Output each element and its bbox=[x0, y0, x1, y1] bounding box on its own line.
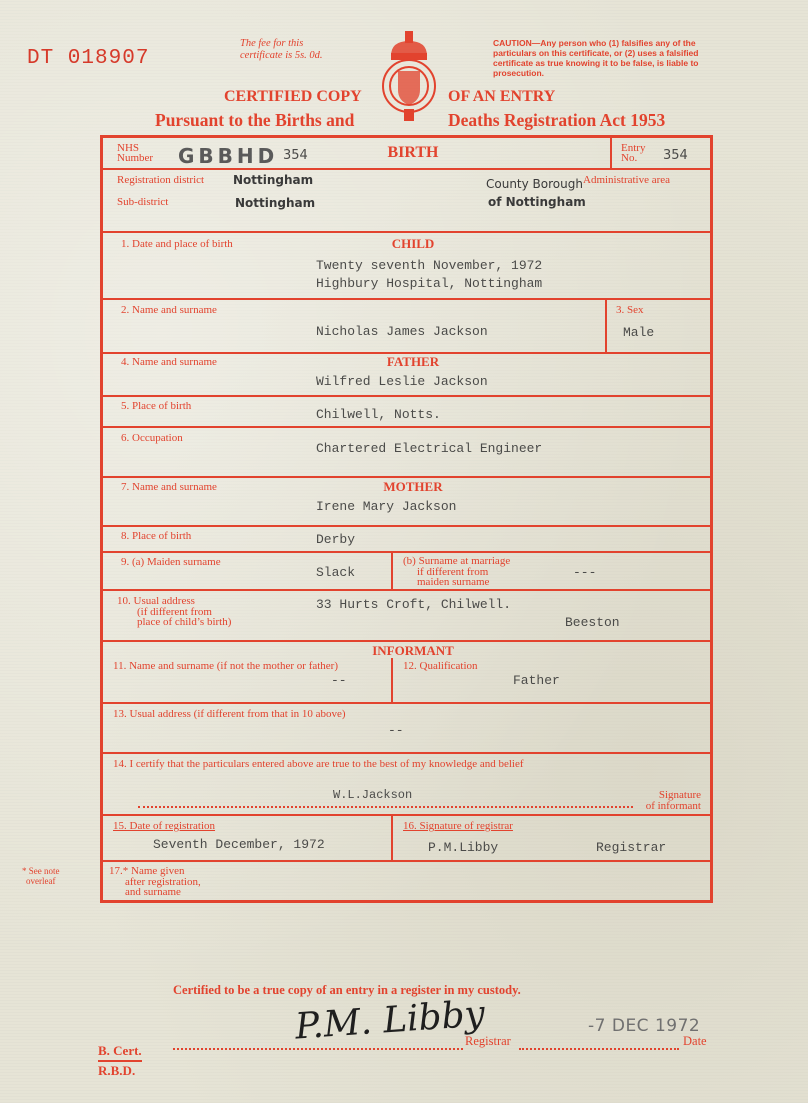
fee-line-2: certificate is 5s. 0d. bbox=[240, 50, 323, 62]
caution-notice: CAUTION—Any person who (1) falsifies any… bbox=[493, 38, 708, 78]
title-act: Deaths Registration Act 1953 bbox=[448, 110, 665, 131]
field-12-value: Father bbox=[513, 672, 560, 690]
sub-district-value: Nottingham bbox=[235, 196, 315, 210]
title-certified-copy: CERTIFIED COPY bbox=[224, 88, 362, 106]
nhs-number-stamp: GBBHD bbox=[178, 144, 278, 168]
field-5-value: Chilwell, Notts. bbox=[316, 406, 441, 424]
registrar-label: Registrar bbox=[465, 1034, 511, 1049]
field-9b-value: --- bbox=[573, 564, 596, 582]
field-8-value: Derby bbox=[316, 531, 355, 549]
royal-coat-of-arms-icon bbox=[378, 30, 440, 122]
field-6-value: Chartered Electrical Engineer bbox=[316, 440, 542, 458]
field-1-label: 1. Date and place of birth bbox=[121, 238, 233, 250]
field-5-label: 5. Place of birth bbox=[121, 400, 191, 412]
field-17-label: 17.* Name given after registration, and … bbox=[109, 866, 201, 898]
field-7-label: 7. Name and surname bbox=[121, 481, 217, 493]
nhs-number-label: NHS Number bbox=[117, 143, 153, 163]
field-13-label: 13. Usual address (if different from tha… bbox=[113, 708, 346, 720]
field-14-label: 14. I certify that the particulars enter… bbox=[113, 758, 524, 770]
field-2-value: Nicholas James Jackson bbox=[316, 323, 488, 341]
administrative-area-line-2: of Nottingham bbox=[488, 195, 586, 209]
section-birth: BIRTH bbox=[363, 144, 463, 162]
administrative-area-label: Administrative area bbox=[583, 174, 670, 186]
field-4-value: Wilfred Leslie Jackson bbox=[316, 373, 488, 391]
field-10-label: 10. Usual address (if different from pla… bbox=[117, 596, 231, 628]
date-label: Date bbox=[683, 1034, 707, 1049]
field-13-value: -- bbox=[388, 722, 404, 740]
form-code: B. Cert. R.B.D. bbox=[98, 1042, 142, 1080]
field-8-label: 8. Place of birth bbox=[121, 530, 191, 542]
sub-district-label: Sub-district bbox=[117, 196, 168, 208]
field-15-label: 15. Date of registration bbox=[113, 820, 215, 832]
field-3-label: 3. Sex bbox=[616, 304, 644, 316]
field-9b-label: (b) Surname at marriage if different fro… bbox=[403, 556, 510, 588]
field-10-value-line-2: Beeston bbox=[565, 614, 620, 632]
field-1-date-value: Twenty seventh November, 1972 bbox=[316, 257, 542, 275]
field-9a-value: Slack bbox=[316, 564, 355, 582]
fee-line-1: The fee for this bbox=[240, 38, 323, 50]
entry-no-label: Entry No. bbox=[621, 143, 645, 163]
field-12-label: 12. Qualification bbox=[403, 660, 478, 672]
field-9a-label: 9. (a) Maiden surname bbox=[121, 556, 221, 568]
administrative-area-line-1: County Borough bbox=[486, 177, 583, 191]
field-15-value: Seventh December, 1972 bbox=[153, 836, 325, 854]
field-3-value: Male bbox=[623, 324, 654, 342]
informant-signature-line bbox=[138, 806, 633, 808]
fee-notice: The fee for this certificate is 5s. 0d. bbox=[240, 38, 323, 62]
field-7-value: Irene Mary Jackson bbox=[316, 498, 456, 516]
field-1-place-value: Highbury Hospital, Nottingham bbox=[316, 275, 542, 293]
field-6-label: 6. Occupation bbox=[121, 432, 183, 444]
registration-district-value: Nottingham bbox=[233, 173, 313, 187]
section-informant: INFORMANT bbox=[338, 643, 488, 659]
signature-of-informant-label: Signature of informant bbox=[643, 790, 701, 812]
certificate-serial-number: DT 018907 bbox=[27, 47, 149, 70]
field-16-registrar-title: Registrar bbox=[596, 839, 666, 857]
field-4-label: 4. Name and surname bbox=[121, 356, 217, 368]
see-note-overleaf: * See note overleaf bbox=[22, 866, 60, 886]
title-of-an-entry: OF AN ENTRY bbox=[448, 88, 555, 106]
entry-number: 354 bbox=[663, 147, 688, 165]
date-stamp: -7 DEC 1972 bbox=[588, 1016, 700, 1036]
section-mother: MOTHER bbox=[363, 479, 463, 495]
field-10-value-line-1: 33 Hurts Croft, Chilwell. bbox=[316, 596, 511, 614]
title-pursuant: Pursuant to the Births and bbox=[155, 110, 354, 131]
field-11-label: 11. Name and surname (if not the mother … bbox=[113, 660, 338, 672]
registrar-handwritten-signature: P.M. Libby bbox=[294, 993, 486, 1047]
field-11-value: -- bbox=[331, 672, 347, 690]
section-father: FATHER bbox=[363, 354, 463, 370]
field-16-value: P.M.Libby bbox=[428, 839, 498, 857]
registration-district-label: Registration district bbox=[117, 174, 204, 186]
field-16-label: 16. Signature of registrar bbox=[403, 820, 513, 832]
field-2-label: 2. Name and surname bbox=[121, 304, 217, 316]
section-child: CHILD bbox=[363, 236, 463, 252]
field-14-signature-value: W.L.Jackson bbox=[333, 786, 412, 804]
nhs-number-suffix: 354 bbox=[283, 147, 308, 165]
birth-entry-form: NHS Number GBBHD 354 BIRTH Entry No. 354… bbox=[100, 135, 713, 903]
